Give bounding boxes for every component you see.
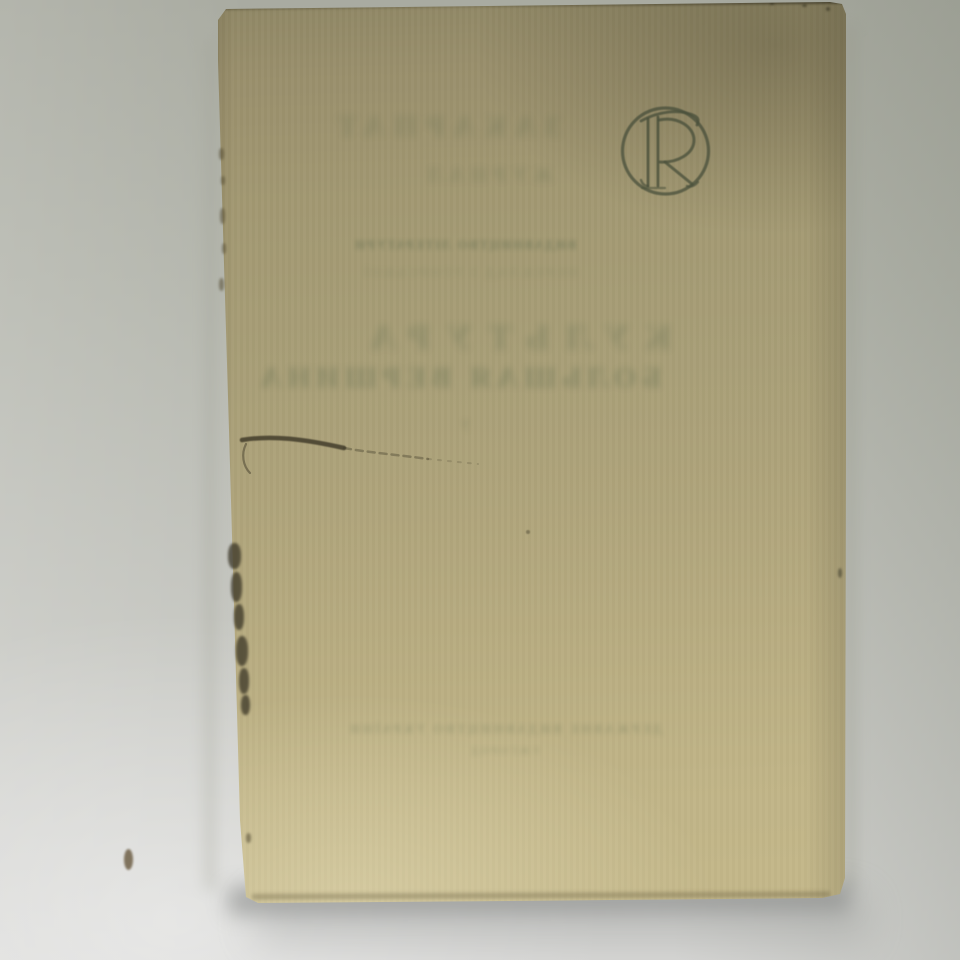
book-shadow-left [204,40,216,890]
showthrough-line: КУЛЬТУРА [355,316,672,358]
right-edge-notch [838,568,842,578]
spine-wear-chip [219,148,224,160]
showthrough-line: ЗАКАРПАТ [328,110,562,144]
spine-wear-chip [222,243,226,254]
spine-wear-chip [221,176,225,185]
spine-wear-chip [246,833,251,843]
cover-bottom-edge [252,892,830,900]
surface-speck [124,849,133,870]
spine-wear-chip [239,668,249,694]
book-shadow-soft [255,896,865,942]
top-edge-speck [826,7,830,11]
top-edge-speck [770,2,774,5]
showthrough-line: ДЕРЖАВНЕ ВИДАВНИЦТВО УКРАЇНИ [348,721,663,737]
spine-wear-chip [220,208,225,224]
showthrough-line: ПЕРЕКЛАД З УГОРСЬКОЇ [362,266,579,282]
top-edge-speck [802,4,807,7]
spine-wear-chip [234,604,244,630]
spine-wear-chip [241,695,250,715]
spine-wear-chip [231,572,242,602]
photo-scene: ЗАКАРПАТ ЖУРНАЛ ВИДАВНИЦТВО ЛІТЕРАТУРИ П… [0,0,960,960]
spine-wear-chip [236,636,248,666]
page-block-top-edge [216,0,846,10]
showthrough-line: БОЛЬШАЯ ВЕРШИНА [255,362,661,395]
showthrough-line: ЖУРНАЛ [422,163,554,188]
spine-wear-chip [228,543,241,569]
cover-crease-mark [232,424,492,484]
cover-speck [526,530,530,534]
showthrough-line: УЖГОРОД [470,745,540,757]
spine-wear-chip [219,278,224,291]
publisher-monogram-icon [615,93,727,208]
showthrough-line: ВИДАВНИЦТВО ЛІТЕРАТУРИ [354,237,577,253]
